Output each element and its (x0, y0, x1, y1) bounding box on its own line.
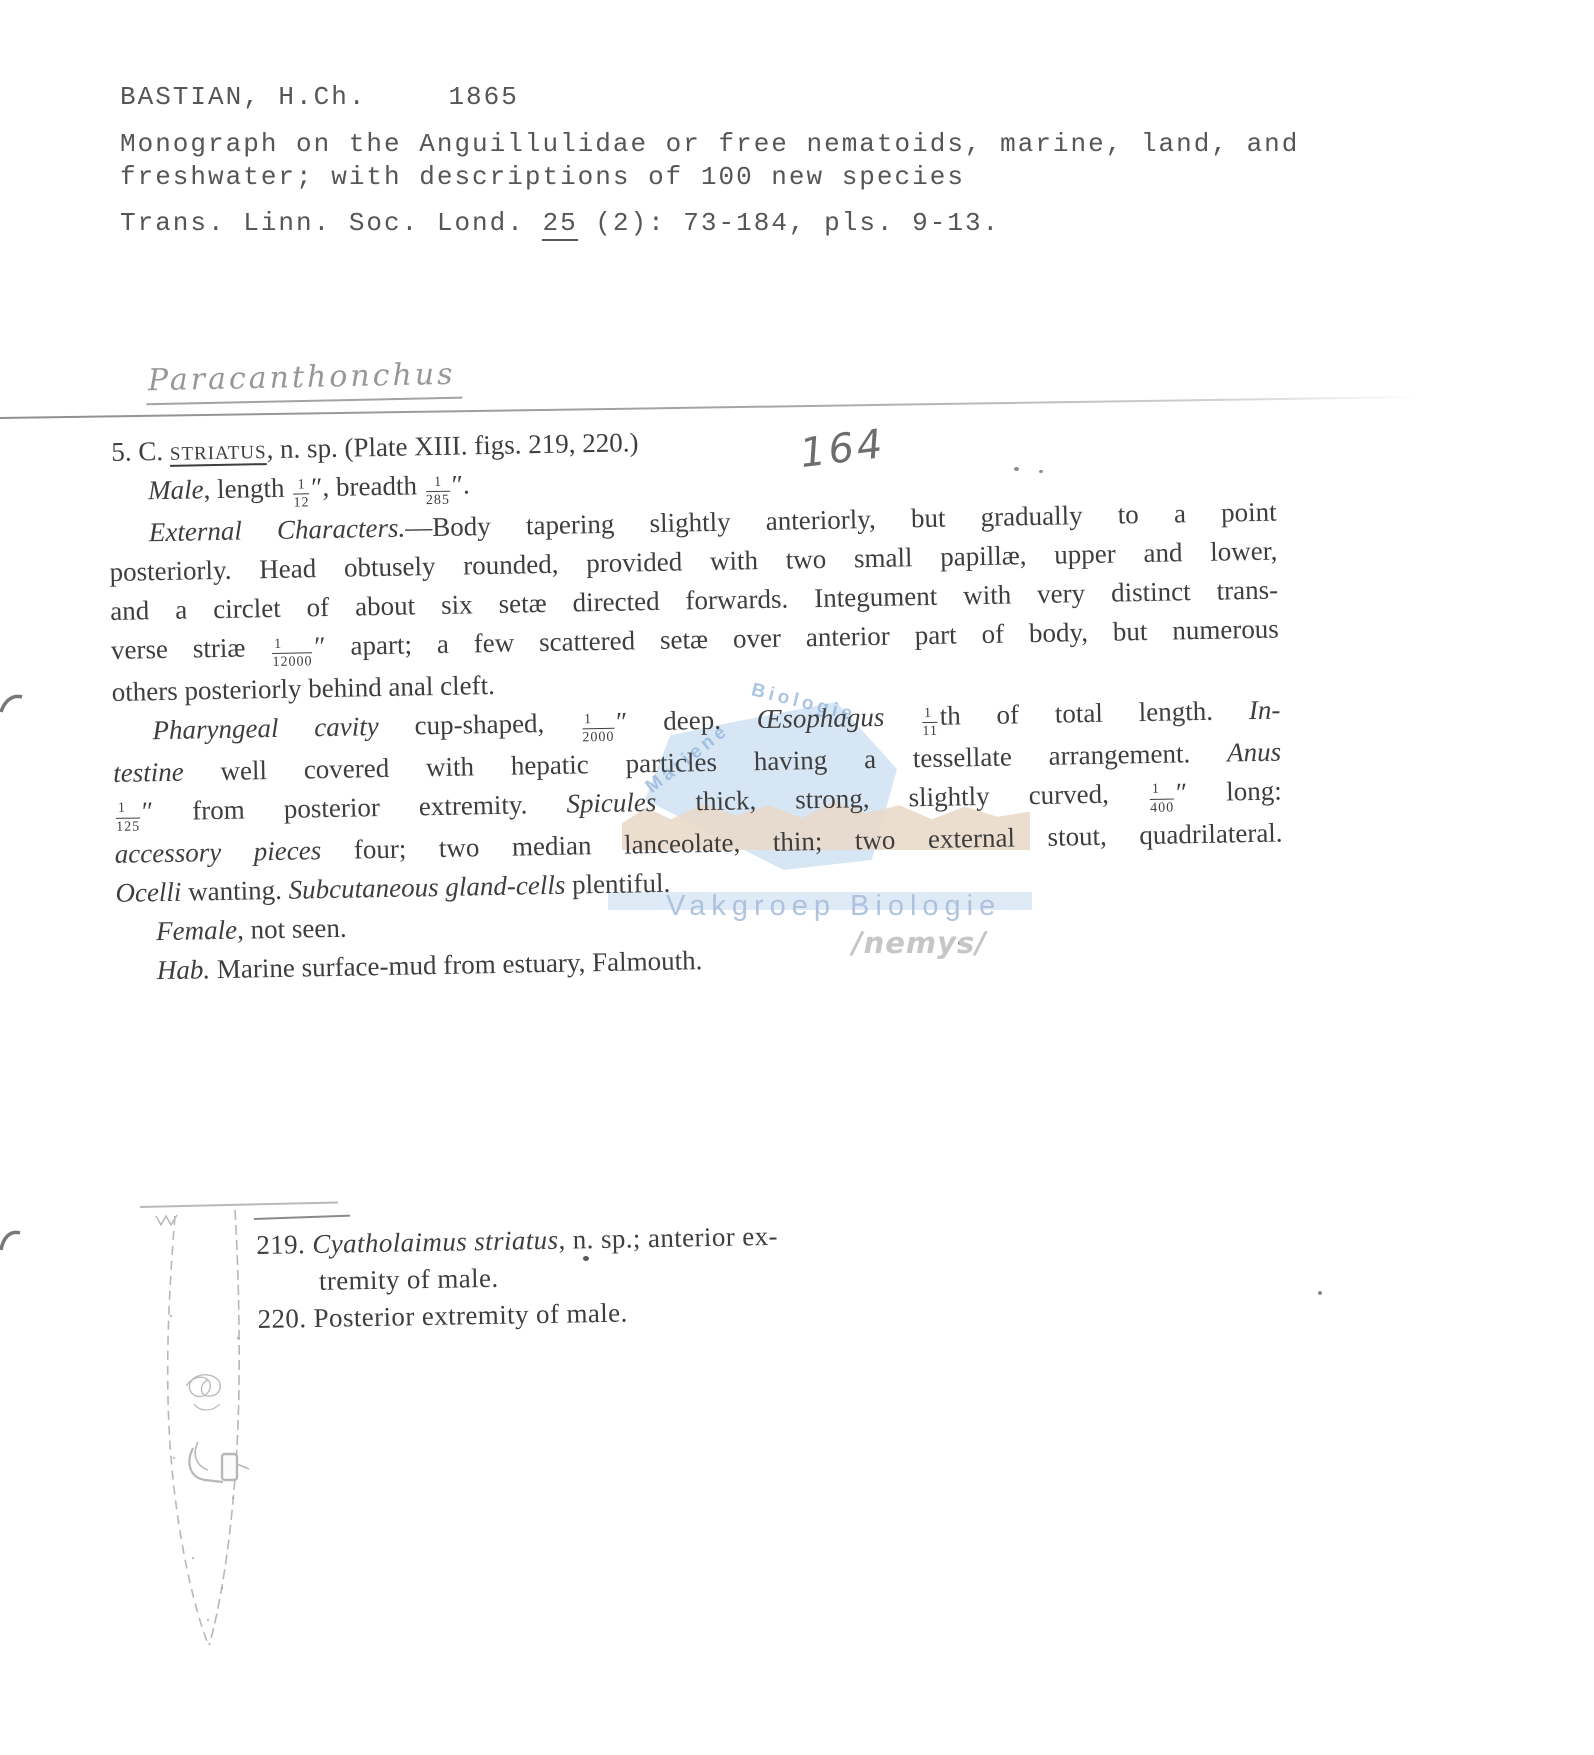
monograph-title-line-2: freshwater; with descriptions of 100 new… (120, 161, 1299, 194)
figure-captions: 219. Cyatholaimus striatus, n. sp.; ante… (256, 1217, 858, 1338)
journal-pages: (2): 73-184, pls. 9-13. (578, 208, 1000, 238)
typed-header: BASTIAN, H.Ch.1865 Monograph on the Angu… (120, 82, 1299, 238)
handwritten-genus-annotation: Paracanthonchus (146, 357, 462, 406)
author-name: BASTIAN, H.Ch. (120, 82, 366, 112)
species-entry: 5. C. striatus, n. sp. (Plate XIII. figs… (107, 412, 1285, 991)
scan-speck (1318, 1291, 1322, 1295)
journal-volume: 25 (542, 208, 577, 241)
monograph-title-line-1: Monograph on the Anguillulidae or free n… (120, 128, 1299, 161)
journal-reference: Trans. Linn. Soc. Lond. 25 (2): 73-184, … (120, 208, 1299, 238)
author-year-line: BASTIAN, H.Ch.1865 (120, 82, 1299, 112)
nematode-tail-sketch (138, 1196, 268, 1656)
caption-clipping-edge (254, 1215, 350, 1220)
scanned-document-page: BASTIAN, H.Ch.1865 Monograph on the Angu… (0, 0, 1594, 1755)
scan-artifact-mark (0, 1224, 22, 1254)
scan-artifact-mark (0, 690, 24, 718)
journal-name: Trans. Linn. Soc. Lond. (120, 208, 542, 238)
publication-year: 1865 (448, 82, 518, 112)
species-body: Male, length 112″, breadth 1285″.Externa… (108, 451, 1285, 991)
